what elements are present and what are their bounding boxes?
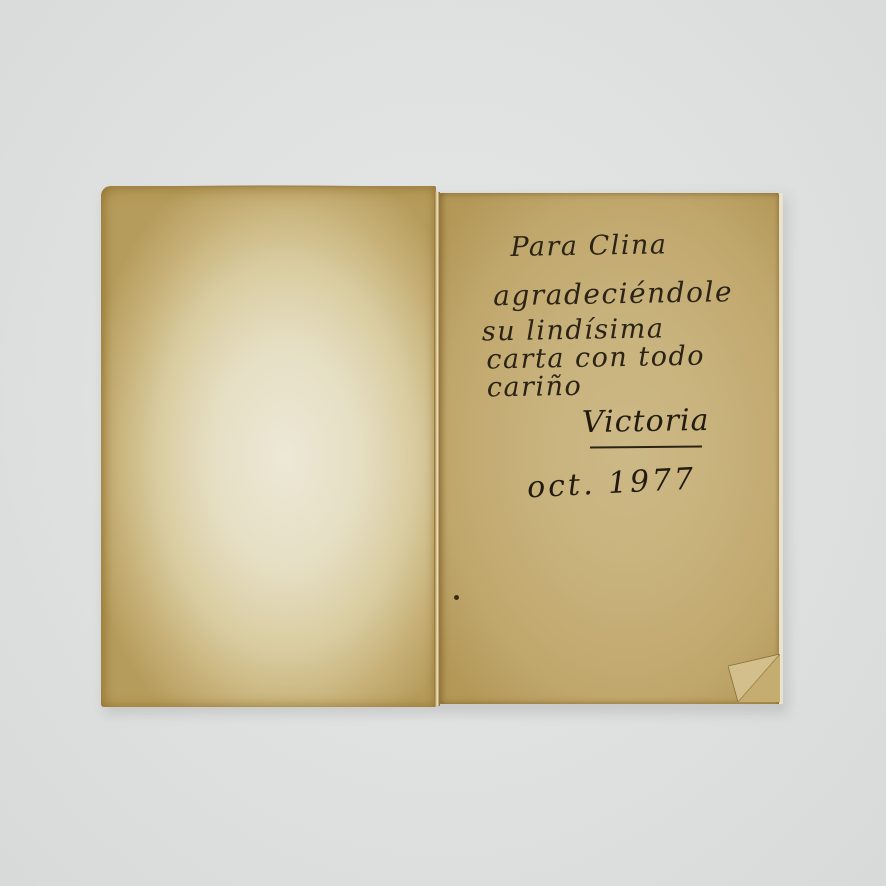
dedication-line-4: carta con todo: [486, 343, 705, 374]
right-page-dedication: [440, 193, 781, 704]
left-page-blank: [101, 186, 436, 707]
signature: Victoria: [582, 403, 710, 440]
photo-scene: Para Clina agradeciéndole su lindísima c…: [0, 0, 886, 886]
dedication-line-2: agradeciéndole: [493, 278, 733, 310]
dedication-line-5: cariño: [487, 373, 583, 402]
dedication-line-1: Para Clina: [510, 231, 668, 261]
folded-corner-icon: [728, 654, 780, 702]
ink-dot-mark: [454, 595, 459, 600]
